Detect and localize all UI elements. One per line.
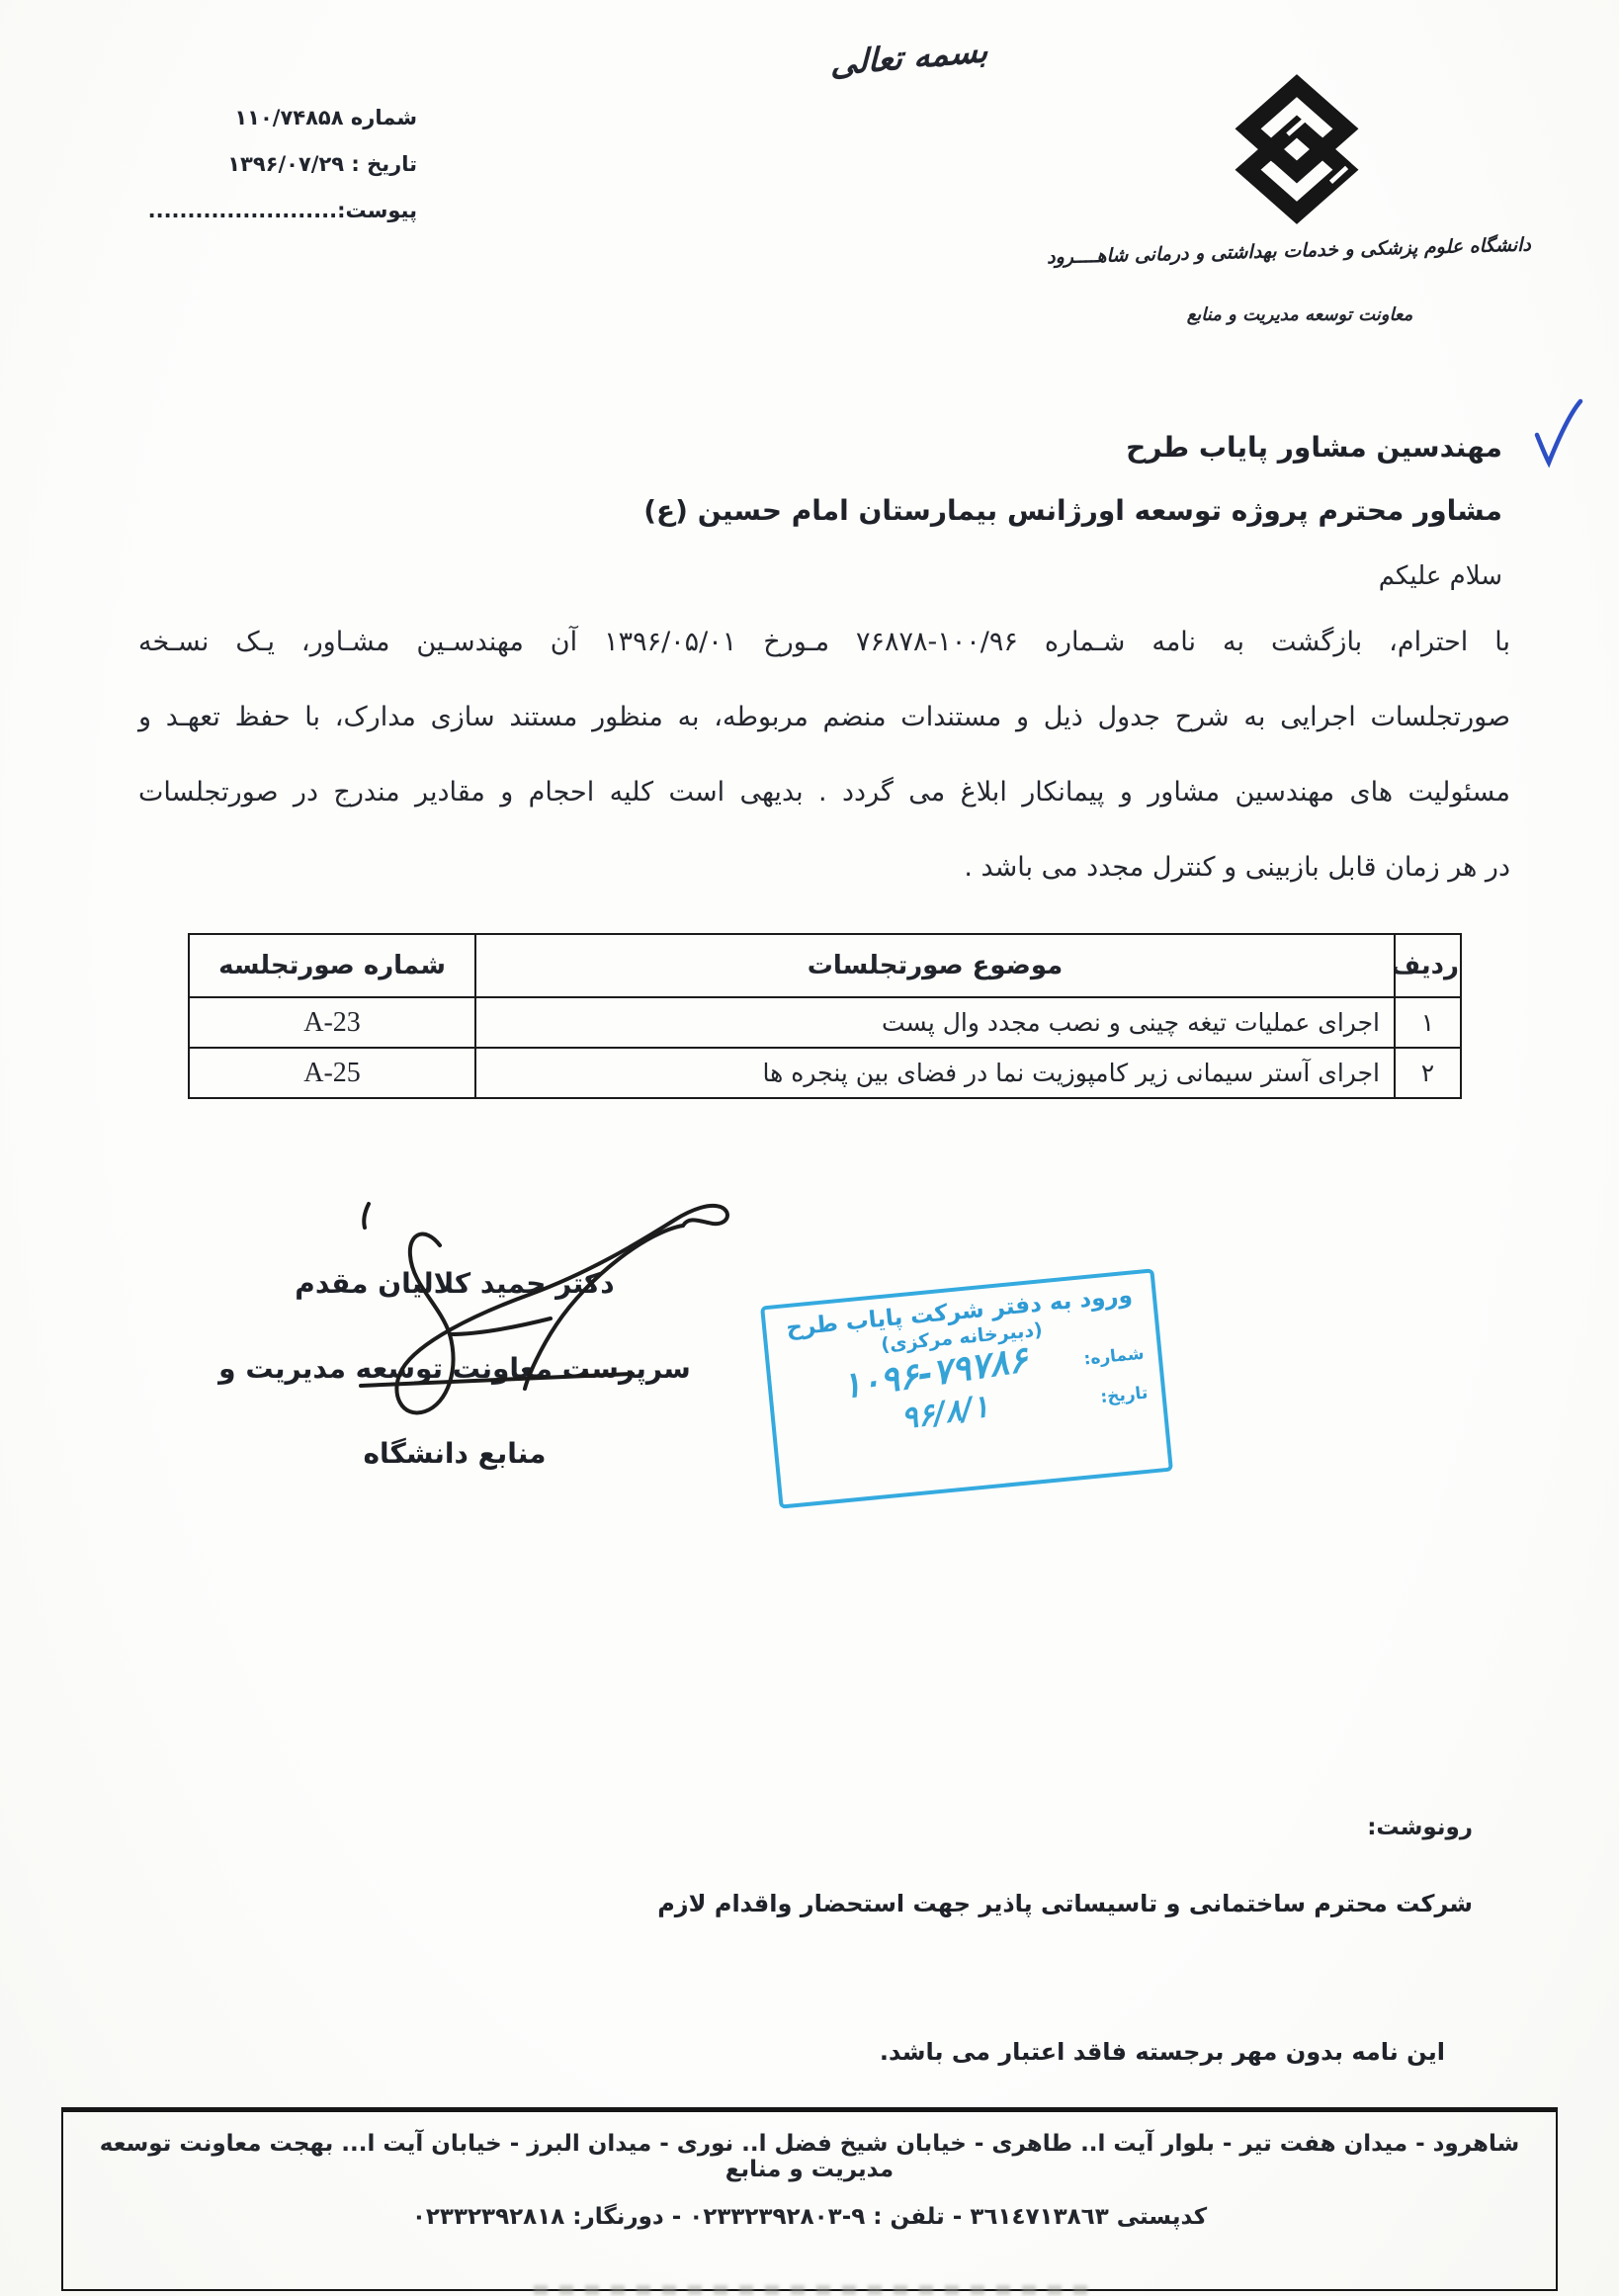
body-line-2: صورتجلسات اجرایی به شرح جدول ذیل و مستند… — [138, 680, 1510, 755]
col-header-minute-number: شماره صورتجلسه — [189, 934, 475, 997]
footer-address: شاهرود - میدان هفت تیر - بلوار آیت ا.. ط… — [69, 2131, 1550, 2182]
recipient-title: مشاور محترم پروژه توسعه اورژانس بیمارستا… — [297, 494, 1502, 527]
letter-date: تاریخ : ۱۳۹۶/۰۷/۲۹ — [128, 141, 417, 188]
row-number-cell: ۱ — [1395, 997, 1461, 1048]
subject-cell: اجرای عملیات تیغه چینی و نصب مجدد وال پس… — [475, 997, 1395, 1048]
scan-artifact — [534, 2285, 1087, 2295]
embossed-seal-notice: این نامه بدون مهر برجسته فاقد اعتبار می … — [593, 2038, 1445, 2066]
university-deputy: معاونت توسعه مدیریت و منابع — [1137, 304, 1463, 325]
letter-attachment: پیوست:........................ — [128, 188, 417, 234]
body-line-4: در هر زمان قابل بازبینی و کنترل مجدد می … — [138, 830, 1510, 905]
minute-number-cell: A-25 — [189, 1048, 475, 1098]
body-line-1: با احترام، بازگشت به نامه شـماره ۱۰۰/۹۶-… — [138, 605, 1510, 680]
letter-number: شماره ۱۱۰/۷۴۸۵۸ — [128, 95, 417, 141]
incoming-stamp: ورود به دفتر شرکت پایاب طرح (دبیرخانه مر… — [760, 1268, 1173, 1508]
subject-cell: اجرای آستر سیمانی زیر کامپوزیت نما در فض… — [475, 1048, 1395, 1098]
table-row: ۲ اجرای آستر سیمانی زیر کامپوزیت نما در … — [189, 1048, 1461, 1098]
bismillah-calligraphy: بسمه تعالی — [781, 27, 1038, 88]
minute-number-cell: A-23 — [189, 997, 475, 1048]
cc-label: رونوشت: — [692, 1815, 1473, 1840]
recipient-name: مهندسین مشاور پایاب طرح — [593, 431, 1502, 464]
letter-body: با احترام، بازگشت به نامه شـماره ۱۰۰/۹۶-… — [138, 605, 1510, 905]
col-header-subject: موضوع صورتجلسات — [475, 934, 1395, 997]
cc-recipient: شرکت محترم ساختمانی و تاسیساتی پاذیر جهت… — [297, 1890, 1473, 1917]
pen-checkmark-icon — [1527, 397, 1588, 470]
stamp-number-label: شماره: — [1083, 1343, 1146, 1369]
table-row: ۱ اجرای عملیات تیغه چینی و نصب مجدد وال … — [189, 997, 1461, 1048]
row-number-cell: ۲ — [1395, 1048, 1461, 1098]
university-name: دانشگاه علوم پزشکی و خدمات بهداشتی و درم… — [1046, 234, 1532, 269]
footer-contact: کدپستی ٣٦١٤٧١٣٨٦٣ - تلفن : ٩-٠٢٣٣٢٣٩٢٨٠٣… — [69, 2204, 1550, 2230]
minutes-table: ردیف موضوع صورتجلسات شماره صورتجلسه ۱ اج… — [188, 933, 1462, 1099]
body-line-3: مسئولیت های مهندسین مشاور و پیمانکار ابل… — [138, 755, 1510, 830]
stamp-date-label: تاریخ: — [1100, 1384, 1150, 1408]
letter-page: بسمه تعالی شماره ۱۱۰/۷۴۸۵۸ تاریخ : ۱۳۹۶/… — [0, 0, 1619, 2296]
letter-meta-block: شماره ۱۱۰/۷۴۸۵۸ تاریخ : ۱۳۹۶/۰۷/۲۹ پیوست… — [128, 95, 417, 234]
table-header-row: ردیف موضوع صورتجلسات شماره صورتجلسه — [189, 934, 1461, 997]
handwritten-signature — [292, 1186, 756, 1463]
col-header-row-number: ردیف — [1395, 934, 1461, 997]
salutation: سلام علیکم — [1087, 561, 1502, 591]
university-logo-icon — [1229, 71, 1365, 227]
